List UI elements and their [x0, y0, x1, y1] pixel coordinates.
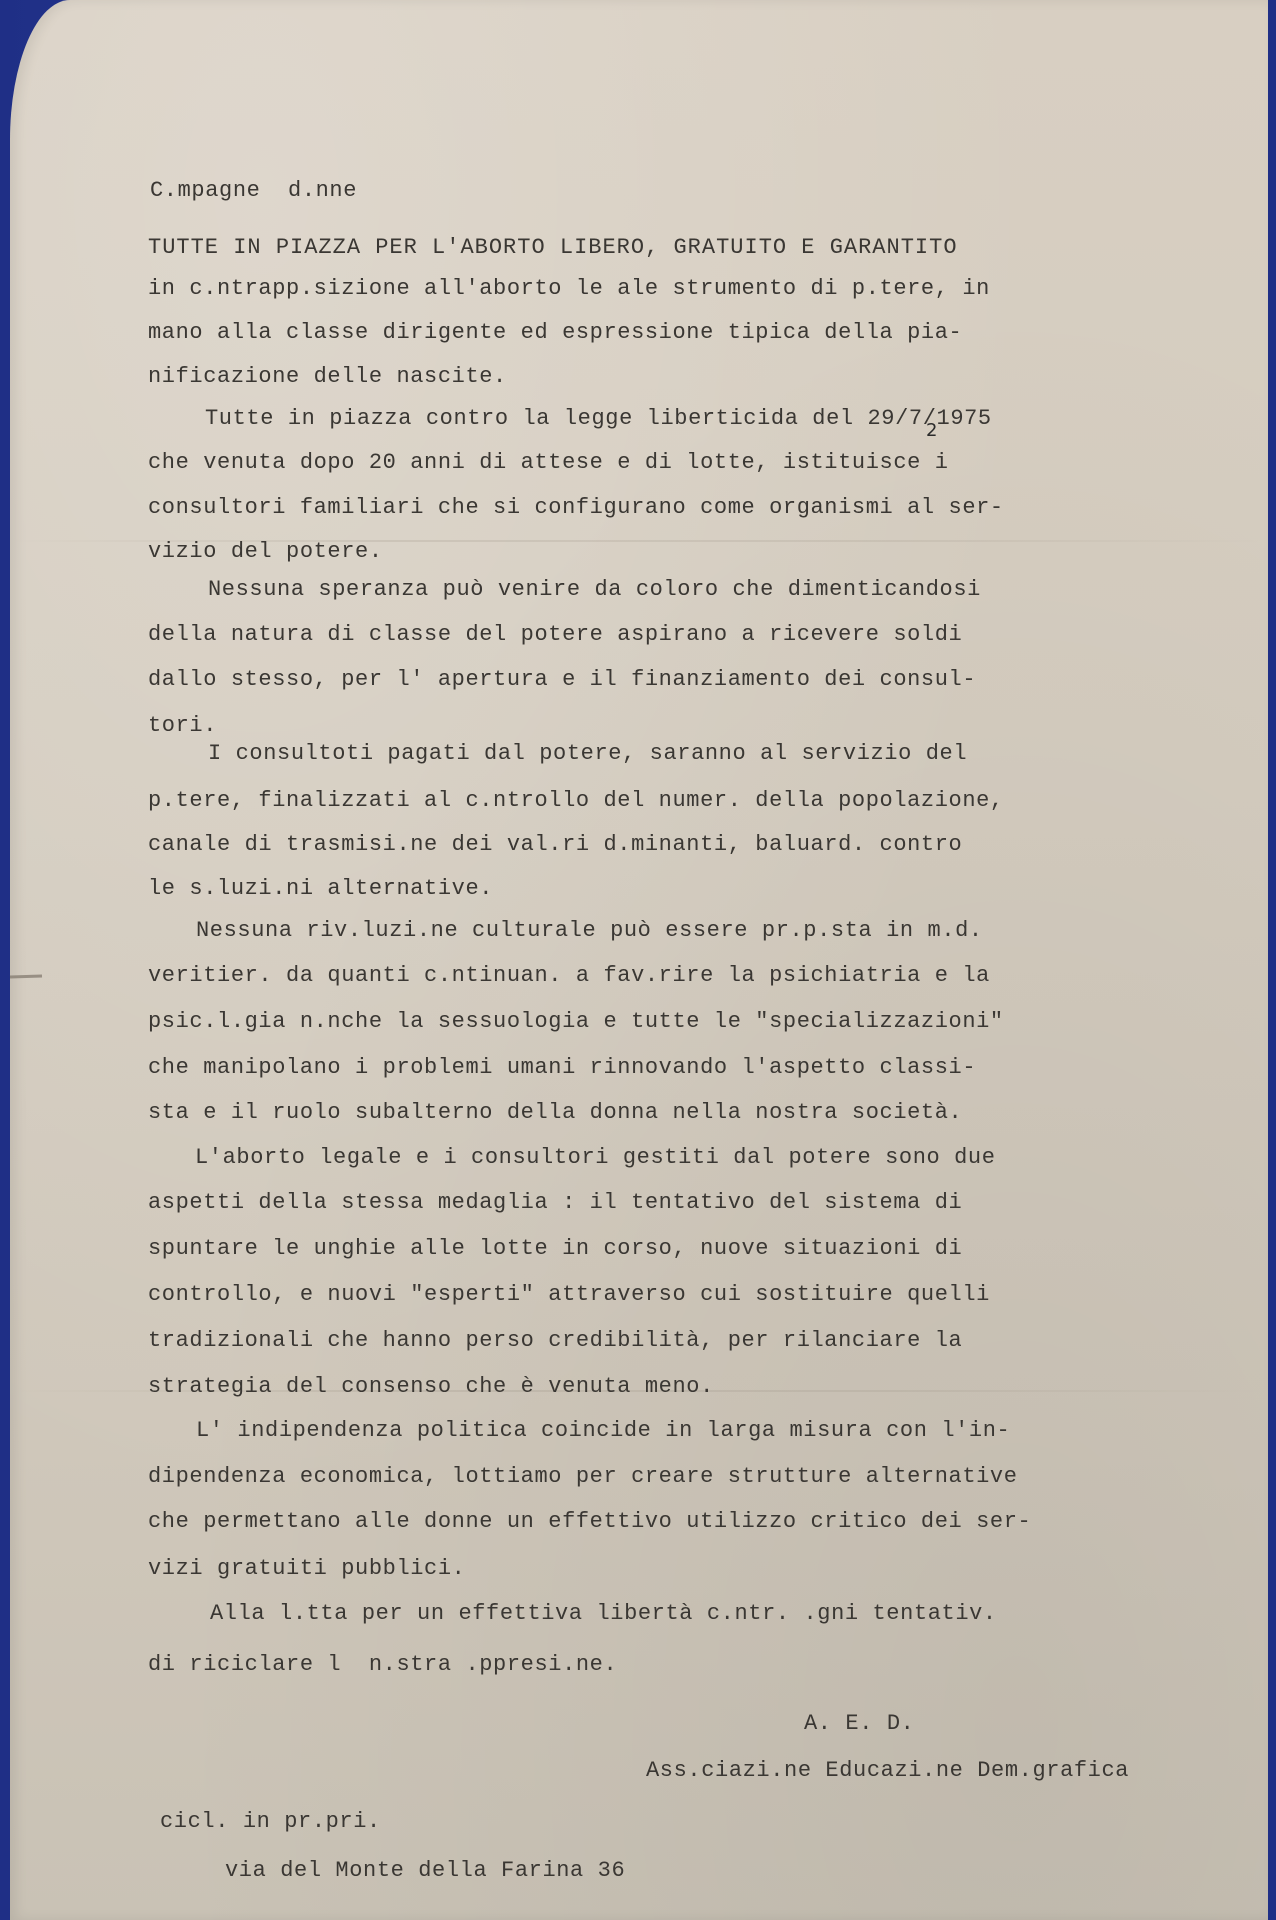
body-line: consultori familiari che si configurano … [148, 497, 1004, 519]
body-line: mano alla classe dirigente ed espression… [148, 322, 962, 344]
body-line: che manipolano i problemi umani rinnovan… [148, 1057, 976, 1079]
body-line: che venuta dopo 20 anni di attese e di l… [148, 452, 949, 474]
body-line: Alla l.tta per un effettiva libertà c.nt… [210, 1603, 997, 1625]
body-line: dipendenza economica, lottiamo per crear… [148, 1466, 1018, 1488]
body-line: della natura di classe del potere aspira… [148, 624, 962, 646]
handwritten-date-correction: 2 [926, 420, 937, 441]
signature-initials: A. E. D. [804, 1713, 914, 1735]
tear-mark [10, 974, 42, 978]
body-line: vizi gratuiti pubblici. [148, 1558, 465, 1580]
body-line: L' indipendenza politica coincide in lar… [196, 1420, 1010, 1442]
body-line: nificazione delle nascite. [148, 366, 507, 388]
body-line: tradizionali che hanno perso credibilità… [148, 1330, 962, 1352]
body-line: che permettano alle donne un effettivo u… [148, 1511, 1031, 1533]
body-line: psic.l.gia n.nche la sessuologia e tutte… [148, 1011, 1004, 1033]
salutation: C.mpagne d.nne [150, 180, 357, 202]
signature-organization: Ass.ciazi.ne Educazi.ne Dem.grafica [646, 1760, 1129, 1782]
body-line: p.tere, finalizzati al c.ntrollo del num… [148, 790, 1004, 812]
body-line: in c.ntrapp.sizione all'aborto le ale st… [148, 278, 990, 300]
body-line: di riciclare l n.stra .ppresi.ne. [148, 1654, 617, 1676]
body-line: aspetti della stessa medaglia : il tenta… [148, 1192, 962, 1214]
body-line: Nessuna riv.luzi.ne culturale può essere… [196, 920, 983, 942]
body-line: spuntare le unghie alle lotte in corso, … [148, 1238, 962, 1260]
body-line: strategia del consenso che è venuta meno… [148, 1376, 714, 1398]
body-line: vizio del potere. [148, 541, 383, 563]
body-line: veritier. da quanti c.ntinuan. a fav.rir… [148, 965, 990, 987]
body-line: canale di trasmisi.ne dei val.ri d.minan… [148, 834, 962, 856]
body-line: L'aborto legale e i consultori gestiti d… [195, 1147, 996, 1169]
headline: TUTTE IN PIAZZA PER L'ABORTO LIBERO, GRA… [148, 237, 958, 259]
body-line: Nessuna speranza può venire da coloro ch… [208, 579, 981, 601]
address: via del Monte della Farina 36 [225, 1860, 625, 1882]
body-line: I consultoti pagati dal potere, saranno … [208, 743, 967, 765]
print-note: cicl. in pr.pri. [160, 1811, 381, 1833]
body-line: sta e il ruolo subalterno della donna ne… [148, 1102, 962, 1124]
body-line: dallo stesso, per l' apertura e il finan… [148, 669, 976, 691]
body-line: tori. [148, 715, 217, 737]
body-line: Tutte in piazza contro la legge libertic… [205, 408, 992, 430]
body-line: le s.luzi.ni alternative. [148, 878, 493, 900]
body-line: controllo, e nuovi "esperti" attraverso … [148, 1284, 990, 1306]
